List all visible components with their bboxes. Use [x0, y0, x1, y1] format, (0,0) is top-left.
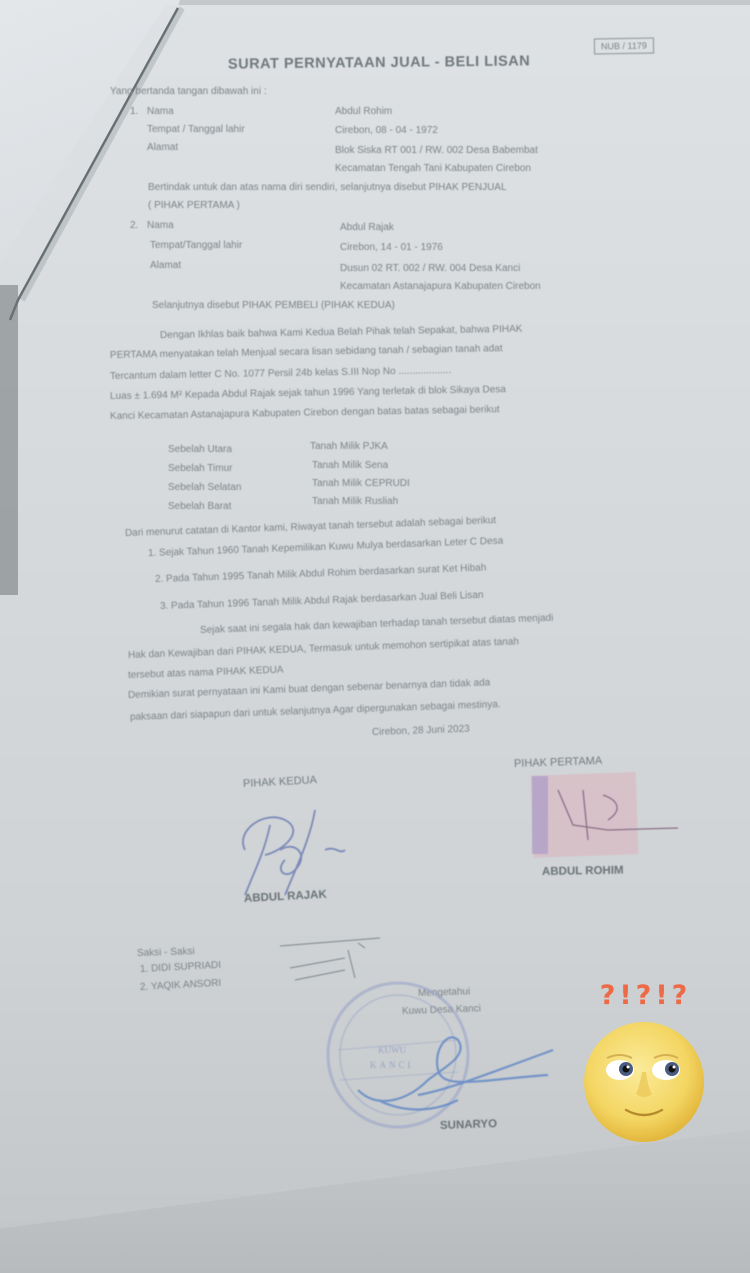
party2-name-value: Abdul Rajak: [340, 222, 394, 234]
acknowledged-name: SUNARYO: [440, 1118, 497, 1132]
body-line: Luas ± 1.694 M² Kepada Abdul Rajak sejak…: [110, 384, 506, 403]
witness-2: 2. YAQIK ANSORI: [140, 978, 222, 994]
party2-name-label: Nama: [147, 220, 174, 232]
boundary-value: Tanah Milik CEPRUDI: [312, 478, 410, 490]
party2-designation: Selanjutnya disebut PIHAK PEMBELI (PIHAK…: [152, 300, 395, 312]
boundary-label: Sebelah Selatan: [168, 482, 241, 494]
party1-address-label: Alamat: [147, 142, 178, 154]
boundary-value: Tanah Milik Rusliah: [312, 496, 398, 508]
first-party-label: PIHAK PERTAMA: [514, 755, 603, 770]
closing-line: tersebut atas nama PIHAK KEDUA: [128, 665, 284, 682]
party1-designation-2: ( PIHAK PERTAMA ): [148, 200, 240, 212]
full-moon-face-icon: [582, 1020, 706, 1144]
document-title: SURAT PERNYATAAN JUAL - BELI LISAN: [228, 53, 530, 72]
party1-birth-label: Tempat / Tanggal lahir: [147, 124, 245, 136]
party2-address-label: Alamat: [150, 260, 181, 272]
body-line: PERTAMA menyatakan telah Menjual secara …: [110, 343, 503, 362]
closing-line: Demikian surat pernyataan ini Kami buat …: [128, 677, 491, 702]
history-item: 3. Pada Tahun 1996 Tanah Milik Abdul Raj…: [160, 590, 484, 613]
reference-box: NUB / 1179: [594, 37, 654, 54]
history-item: 1. Sejak Tahun 1960 Tanah Kepemilikan Ku…: [148, 536, 504, 560]
party1-number: 1.: [130, 106, 138, 118]
boundary-value: Tanah Milik PJKA: [310, 441, 388, 453]
closing-line: paksaan dari siapapun dari untuk selanju…: [130, 699, 501, 724]
party1-address-line2: Kecamatan Tengah Tani Kabupaten Cirebon: [335, 163, 531, 175]
history-item: 2. Pada Tahun 1995 Tanah Milik Abdul Roh…: [155, 562, 487, 586]
party1-address-line1: Blok Siska RT 001 / RW. 002 Desa Babemba…: [335, 145, 538, 157]
village-head-stamp: KUWU KANCI: [318, 980, 568, 1140]
intro-text: Yang bertanda tangan dibawah ini :: [110, 86, 267, 98]
body-line: Tercantum dalam letter C No. 1077 Persil…: [110, 365, 451, 383]
place-date: Cirebon, 28 Juni 2023: [372, 724, 470, 739]
closing-line: Sejak saat ini segala hak dan kewajiban …: [200, 613, 554, 637]
second-party-signature: [225, 800, 365, 900]
first-party-name: ABDUL ROHIM: [542, 865, 624, 878]
body-line: Kanci Kecamatan Astanajapura Kabupaten C…: [110, 404, 500, 423]
closing-line: Hak dan Kewajiban dari PIHAK KEDUA, Term…: [128, 636, 519, 662]
party1-birth-value: Cirebon, 08 - 04 - 1972: [335, 125, 438, 137]
interrobang-text: ?!?!?: [578, 980, 713, 1011]
witness-1: 1. DIDI SUPRIADI: [140, 960, 222, 976]
party2-address-line1: Dusun 02 RT. 002 / RW. 004 Desa Kanci: [340, 263, 520, 275]
party1-name-value: Abdul Rohim: [335, 106, 392, 118]
party1-designation: Bertindak untuk dan atas nama diri sendi…: [148, 182, 507, 194]
party2-number: 2.: [130, 220, 138, 232]
party2-birth-value: Cirebon, 14 - 01 - 1976: [340, 242, 443, 254]
first-party-signature-meterai: [528, 770, 688, 865]
witnesses-label: Saksi - Saksi: [137, 946, 195, 960]
sticker-text: ?!?!?: [578, 980, 713, 1011]
history-intro: Dari menurut catatan di Kantor kami, Riw…: [125, 515, 497, 540]
boundary-label: Sebelah Timur: [168, 463, 232, 475]
svg-text:KANCI: KANCI: [370, 1060, 414, 1070]
witness-signature-lines: [270, 928, 400, 988]
party1-name-label: Nama: [147, 106, 174, 118]
body-line: Dengan Ikhlas baik bahwa Kami Kedua Bela…: [160, 324, 523, 342]
boundary-value: Tanah Milik Sena: [312, 460, 388, 472]
boundary-label: Sebelah Utara: [168, 444, 232, 456]
svg-text:KUWU: KUWU: [378, 1045, 406, 1055]
boundary-label: Sebelah Barat: [168, 501, 231, 513]
second-party-label: PIHAK KEDUA: [243, 774, 317, 790]
party2-address-line2: Kecamatan Astanajapura Kabupaten Cirebon: [340, 281, 541, 293]
party2-birth-label: Tempat/Tanggal lahir: [150, 240, 242, 252]
